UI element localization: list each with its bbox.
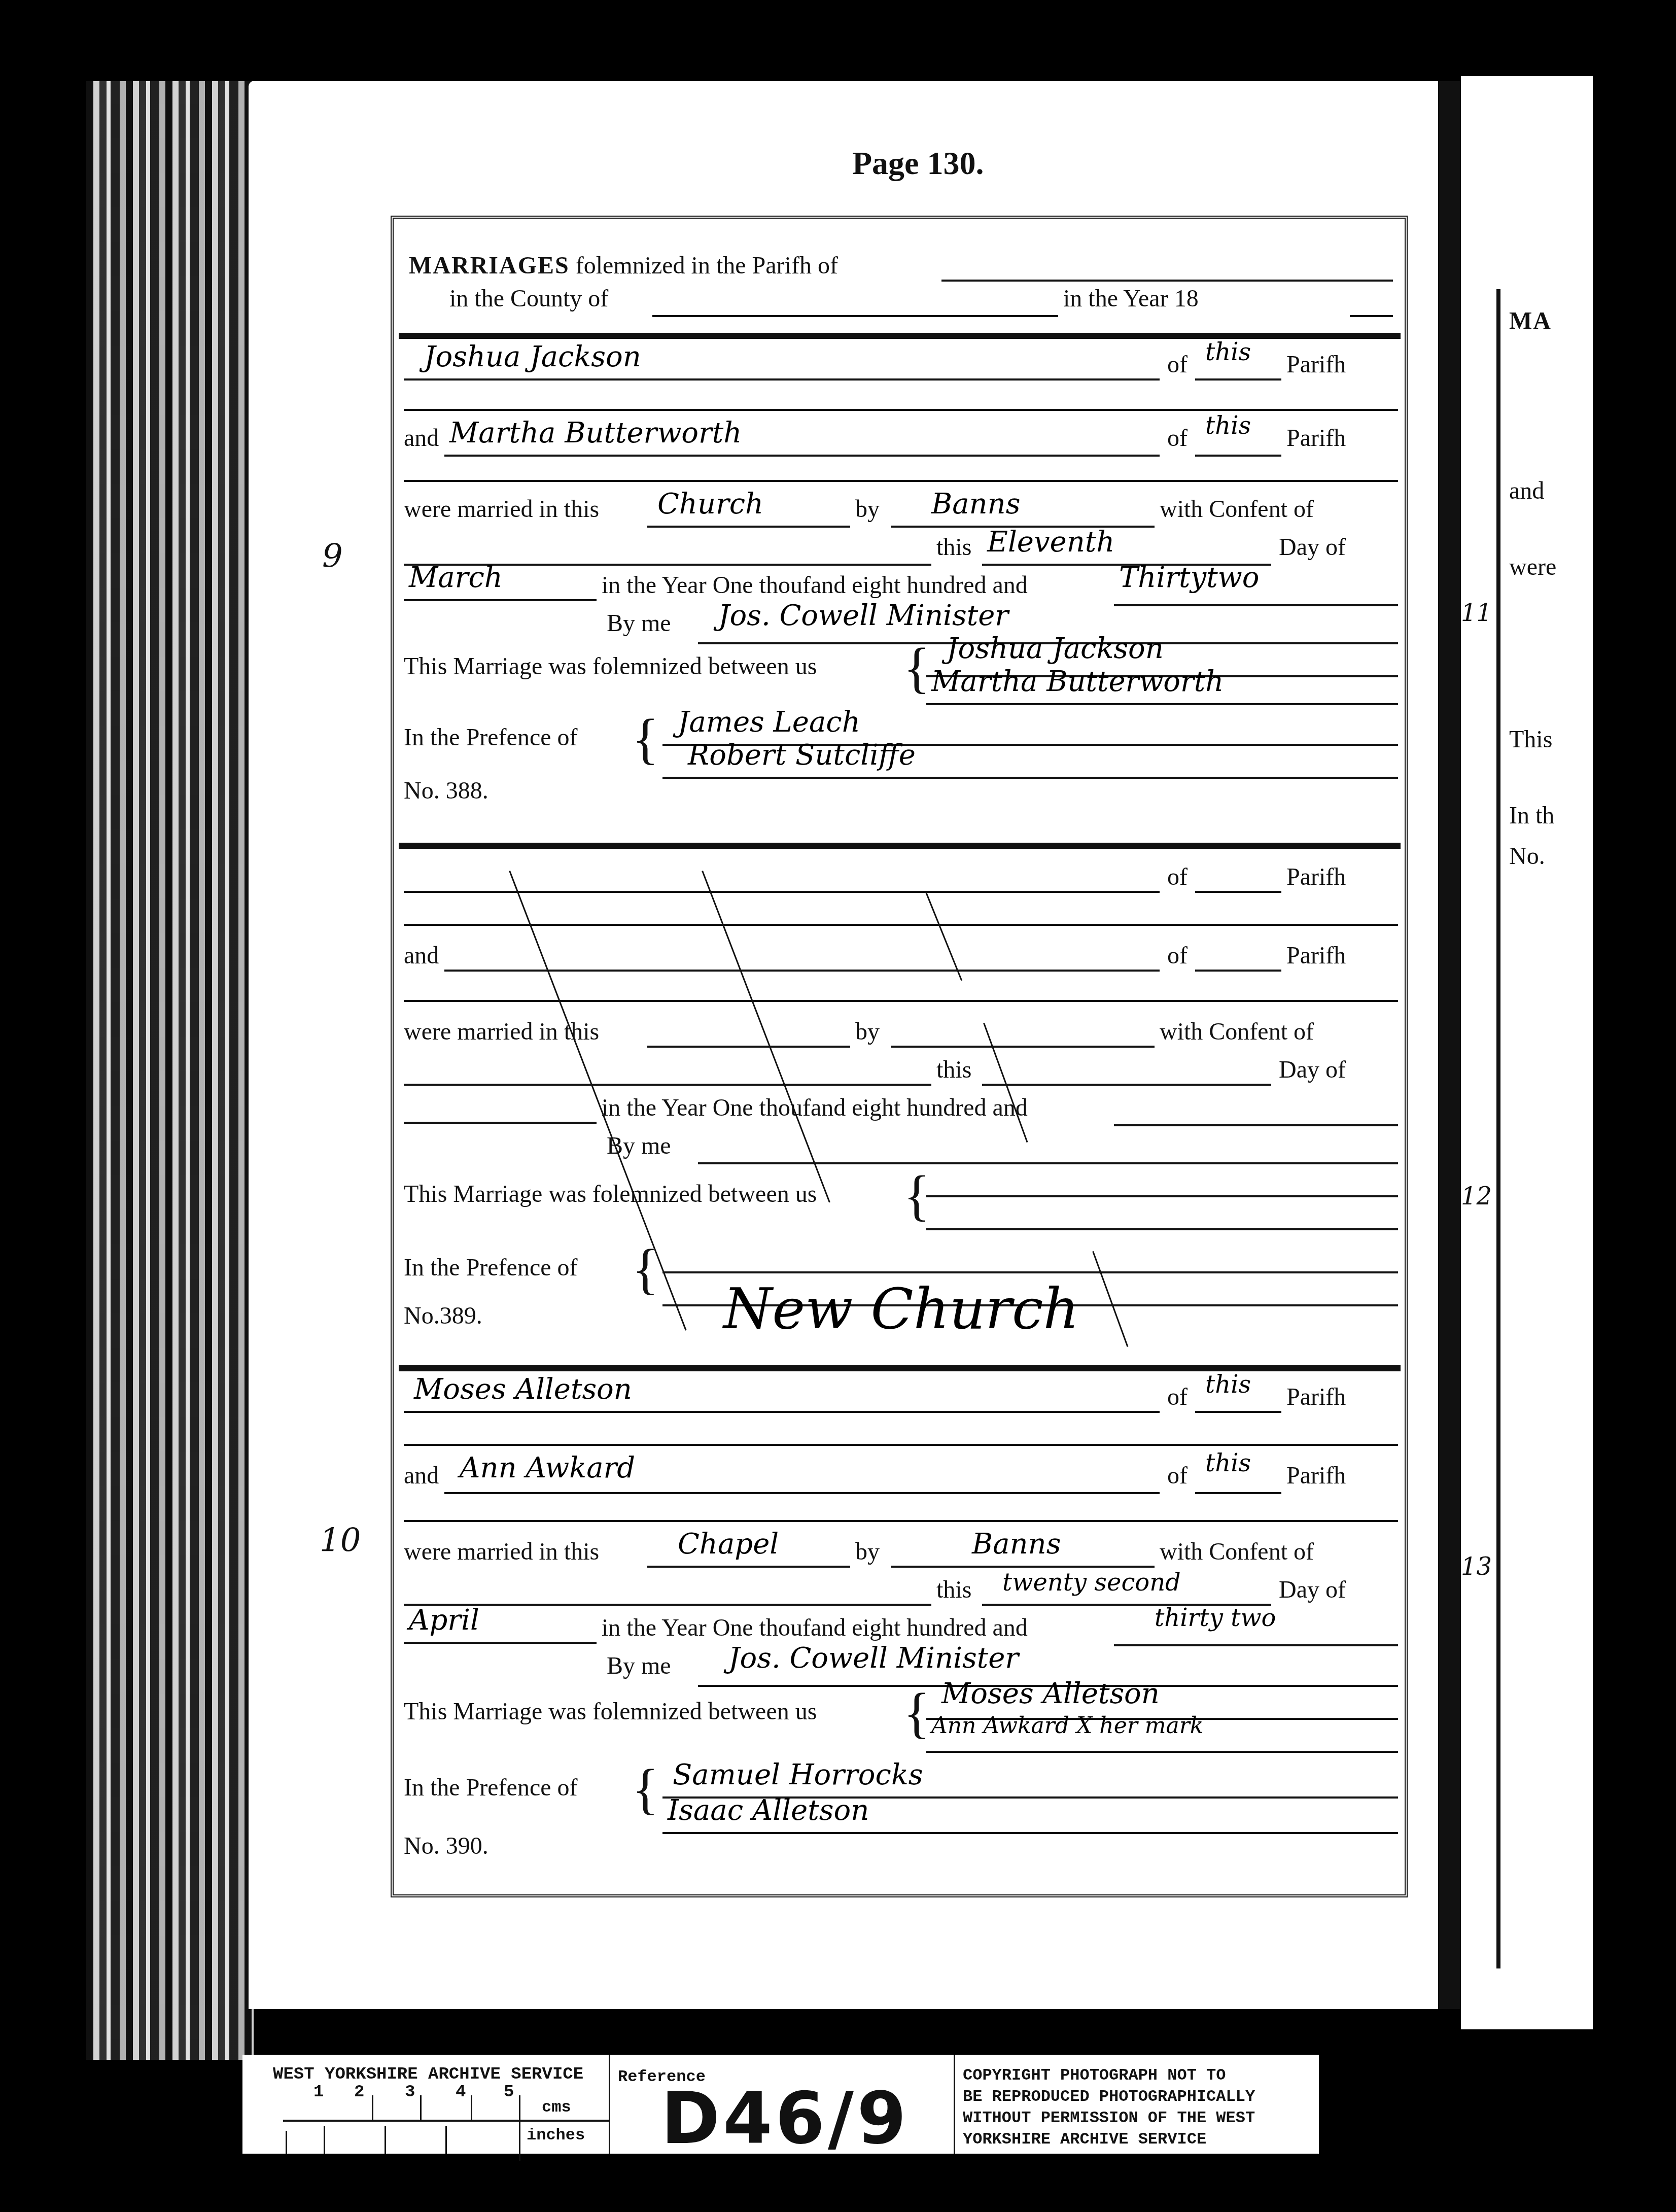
separator-line <box>404 924 1398 926</box>
officiant-line <box>698 1162 1398 1164</box>
right-margin-number: 12 <box>1461 1182 1492 1211</box>
facing-page-border <box>1496 289 1500 1968</box>
party-signature: Martha Butterworth <box>931 665 1224 698</box>
place-line <box>647 1566 850 1568</box>
dark-background <box>1593 0 1676 2212</box>
witness-line <box>662 1832 1398 1834</box>
bride-parish: this <box>1205 411 1251 440</box>
groom-name: Joshua Jackson <box>424 340 641 373</box>
bride-name: Martha Butterworth <box>449 417 742 450</box>
facing-page-label: and <box>1509 477 1544 505</box>
and-label: and <box>404 1462 439 1490</box>
year-blank <box>1350 315 1393 317</box>
marriage-entry: Joshua Jackson of this Parifh and Martha… <box>394 340 1406 838</box>
officiant-signature: Jos. Cowell Minister <box>718 599 1008 632</box>
were-married-label: were married in this <box>404 495 599 523</box>
page-gutter <box>1438 81 1461 2009</box>
day-of-label: Day of <box>1279 1576 1346 1604</box>
month-line <box>404 1122 597 1124</box>
cms-label: cms <box>542 2098 571 2117</box>
separator-line <box>404 480 1398 482</box>
cancel-stroke <box>925 891 962 981</box>
parish-blank <box>941 280 1393 282</box>
groom-name: Moses Alletson <box>414 1373 632 1406</box>
separator-line <box>404 1000 1398 1002</box>
solemnized-label: This Marriage was folemnized between us <box>404 1180 817 1208</box>
cancellation-annotation: New Church <box>723 1276 1079 1341</box>
parish-line <box>1195 455 1281 457</box>
year-label: in the Year One thoufand eight hundred a… <box>602 571 1028 599</box>
brace: { <box>632 711 659 767</box>
marriage-month: March <box>409 561 503 594</box>
margin-number: 9 <box>322 538 343 575</box>
bride-line <box>444 455 1160 457</box>
year-label: in the Year One thoufand eight hundred a… <box>602 1614 1028 1642</box>
marriage-place: Church <box>657 488 763 521</box>
and-label: and <box>404 942 439 970</box>
by-me-label: By me <box>607 1132 671 1160</box>
marriage-month: April <box>409 1604 479 1637</box>
day-line <box>982 1084 1271 1086</box>
year-line <box>1114 1124 1398 1126</box>
separator-line <box>404 1520 1398 1522</box>
signature-line <box>926 703 1398 705</box>
consent-label: with Confent of <box>1160 1538 1314 1566</box>
bride-name: Ann Awkard <box>460 1451 635 1484</box>
witness-signature: Isaac Alletson <box>668 1794 869 1827</box>
separator-line <box>404 409 1398 411</box>
witness-signature: James Leach <box>678 706 860 739</box>
groom-parish: this <box>1205 338 1251 366</box>
brace: { <box>632 1761 659 1817</box>
witness-line <box>662 1271 1398 1273</box>
form-header: MARRIAGES folemnized in the Parifh of in… <box>409 239 1393 325</box>
reference-value: D46/9 <box>661 2078 910 2160</box>
by-me-label: By me <box>607 1652 671 1680</box>
ruler-mark: 5 <box>504 2083 514 2102</box>
presence-label: In the Prefence of <box>404 723 578 751</box>
parish-label: Parifh <box>1286 1383 1346 1411</box>
groom-line <box>404 378 1160 381</box>
of-label: of <box>1167 351 1188 378</box>
parish-line <box>1195 891 1281 893</box>
place-line <box>647 1046 850 1048</box>
parish-line <box>1195 970 1281 972</box>
entry-number: No. 388. <box>404 777 488 805</box>
of-label: of <box>1167 1383 1188 1411</box>
were-married-label: were married in this <box>404 1018 599 1046</box>
marriage-register-form: MARRIAGES folemnized in the Parifh of in… <box>391 216 1408 1897</box>
marriage-entry-cancelled: of Parifh and of Parifh were married in … <box>394 850 1406 1358</box>
witness-line <box>662 777 1398 779</box>
of-label: of <box>1167 863 1188 891</box>
marriage-day: twenty second <box>1002 1568 1181 1597</box>
right-margin-number: 11 <box>1461 599 1492 627</box>
book-spine-edge <box>86 81 254 2060</box>
header-parish-label: folemnized in the Parifh of <box>576 252 838 279</box>
marriage-entry: Moses Alletson of this Parifh and Ann Aw… <box>394 1373 1406 1880</box>
county-blank <box>652 315 1058 317</box>
parish-label: Parifh <box>1286 863 1346 891</box>
day-of-label: Day of <box>1279 1056 1346 1084</box>
archive-service-name: WEST YORKSHIRE ARCHIVE SERVICE <box>273 2065 583 2084</box>
brace: { <box>903 1685 930 1741</box>
consent-label: with Confent of <box>1160 495 1314 523</box>
of-label: of <box>1167 1462 1188 1490</box>
year-line <box>1114 604 1398 606</box>
party-signature: Ann Awkard X her mark <box>931 1713 1203 1739</box>
groom-parish: this <box>1205 1370 1251 1399</box>
and-label: and <box>404 424 439 452</box>
ruler-mark: 2 <box>354 2083 364 2102</box>
inches-label: inches <box>527 2126 585 2145</box>
solemnized-label: This Marriage was folemnized between us <box>404 1698 817 1725</box>
of-label: of <box>1167 424 1188 452</box>
witness-signature: Robert Sutcliffe <box>688 739 916 772</box>
facing-page-label: No. <box>1509 842 1545 870</box>
margin-number: 10 <box>320 1522 361 1560</box>
consent-label: with Confent of <box>1160 1018 1314 1046</box>
ruler-cell: WEST YORKSHIRE ARCHIVE SERVICE 1 2 3 4 5… <box>242 2055 610 2154</box>
presence-label: In the Prefence of <box>404 1254 578 1282</box>
ruler-divider <box>283 2120 610 2122</box>
facing-page-label: were <box>1509 553 1556 581</box>
day-of-label: Day of <box>1279 533 1346 561</box>
this-label: this <box>936 533 971 561</box>
were-married-label: were married in this <box>404 1538 599 1566</box>
archive-label-strip: WEST YORKSHIRE ARCHIVE SERVICE 1 2 3 4 5… <box>242 2055 1319 2154</box>
consent-line <box>404 1084 931 1086</box>
header-title: MARRIAGES <box>409 252 570 279</box>
header-county-label: in the County of <box>449 285 608 312</box>
marriage-place: Chapel <box>678 1528 779 1561</box>
solemnized-label: This Marriage was folemnized between us <box>404 652 817 680</box>
bride-line <box>444 1492 1160 1494</box>
parish-label: Parifh <box>1286 1462 1346 1490</box>
by-me-label: By me <box>607 609 671 637</box>
by-label: by <box>855 495 880 523</box>
copyright-line: COPYRIGHT PHOTOGRAPH NOT TO <box>963 2065 1319 2086</box>
reference-cell: Reference D46/9 <box>610 2055 955 2154</box>
party-signature: Moses Alletson <box>941 1677 1160 1710</box>
this-label: this <box>936 1576 971 1604</box>
marriage-day: Eleventh <box>987 526 1114 559</box>
signature-line <box>926 1195 1398 1197</box>
bride-line <box>444 970 1160 972</box>
copyright-line: WITHOUT PERMISSION OF THE WEST <box>963 2107 1319 2129</box>
signature-line <box>926 1228 1398 1230</box>
page-number: Page 130. <box>852 145 984 182</box>
this-label: this <box>936 1056 971 1084</box>
of-label: of <box>1167 942 1188 970</box>
copyright-cell: COPYRIGHT PHOTOGRAPH NOT TO BE REPRODUCE… <box>955 2055 1319 2154</box>
marriage-year: Thirtytwo <box>1119 561 1259 594</box>
ruler-mark: 3 <box>405 2083 415 2102</box>
cancel-stroke <box>1092 1251 1128 1347</box>
entry-divider <box>399 843 1401 849</box>
marriage-by: Banns <box>931 488 1020 521</box>
bride-parish: this <box>1205 1449 1251 1477</box>
place-line <box>647 526 850 528</box>
presence-label: In the Prefence of <box>404 1774 578 1802</box>
brace: { <box>903 640 930 696</box>
cancel-stroke <box>702 871 830 1203</box>
parish-line <box>1195 1411 1281 1413</box>
by-label: by <box>855 1018 880 1046</box>
copyright-line: YORKSHIRE ARCHIVE SERVICE <box>963 2129 1319 2150</box>
marriage-by: Banns <box>972 1528 1061 1561</box>
parish-label: Parifh <box>1286 942 1346 970</box>
ruler-mark: 1 <box>313 2083 324 2102</box>
separator-line <box>404 1444 1398 1446</box>
witness-signature: Samuel Horrocks <box>673 1758 923 1791</box>
signature-line <box>926 1751 1398 1753</box>
right-margin-number: 13 <box>1461 1552 1492 1581</box>
entry-number: No.389. <box>404 1302 482 1330</box>
by-label: by <box>855 1538 880 1566</box>
facing-page-header: MA <box>1509 307 1552 335</box>
parish-line <box>1195 1492 1281 1494</box>
facing-page-fragment: MA and were This In th No. <box>1461 76 1593 2029</box>
year-label: in the Year One thoufand eight hundred a… <box>602 1094 1028 1122</box>
year-line <box>1114 1644 1398 1646</box>
copyright-line: BE REPRODUCED PHOTOGRAPHICALLY <box>963 2086 1319 2107</box>
header-year-label: in the Year 18 <box>1063 285 1199 313</box>
marriage-year: thirty two <box>1155 1604 1276 1632</box>
entry-number: No. 390. <box>404 1832 488 1860</box>
groom-line <box>404 1411 1160 1413</box>
ruler-mark: 4 <box>456 2083 466 2102</box>
parish-line <box>1195 378 1281 381</box>
parish-label: Parifh <box>1286 351 1346 378</box>
consent-line <box>404 1604 931 1606</box>
parish-label: Parifh <box>1286 424 1346 452</box>
party-signature: Joshua Jackson <box>947 632 1164 665</box>
month-line <box>404 1642 597 1644</box>
cancel-stroke <box>983 1023 1028 1143</box>
officiant-signature: Jos. Cowell Minister <box>728 1642 1019 1675</box>
by-line <box>891 1046 1155 1048</box>
facing-page-label: In th <box>1509 802 1554 829</box>
facing-page-label: This <box>1509 725 1552 753</box>
month-line <box>404 599 597 601</box>
by-line <box>891 1566 1155 1568</box>
